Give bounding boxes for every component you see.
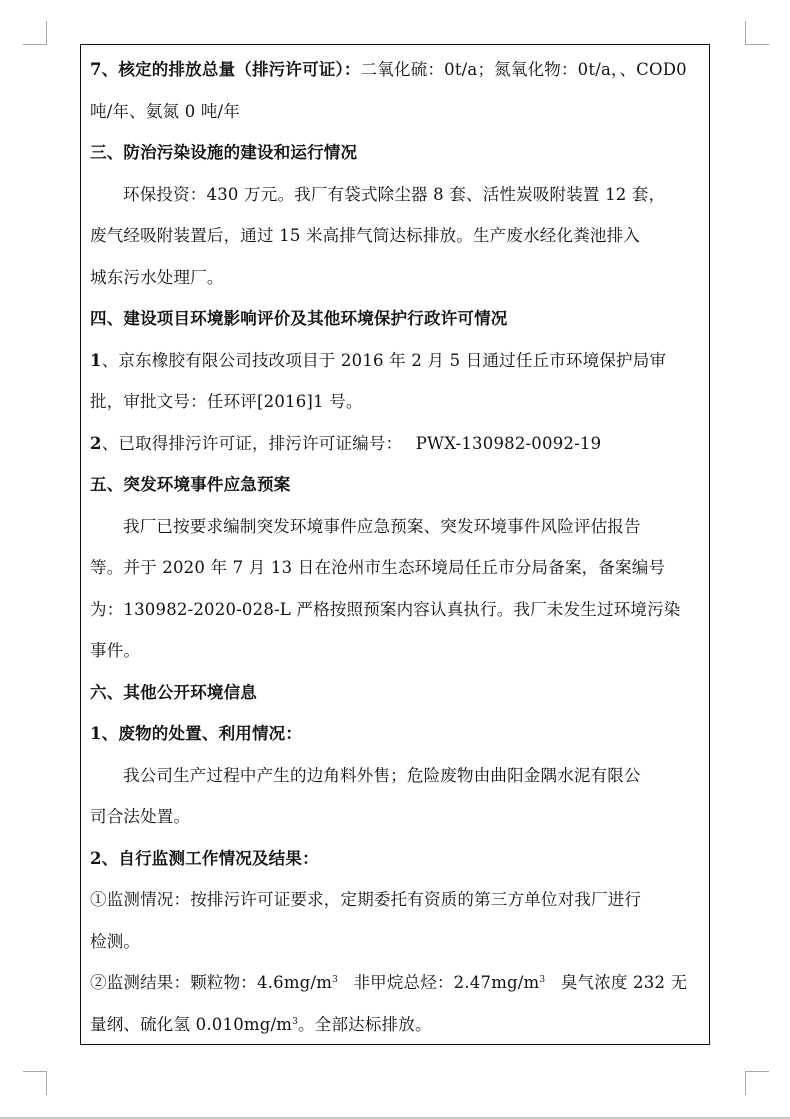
section5-para-line: 事件。: [90, 630, 702, 672]
item-text: 、已取得排污许可证，排污许可证编号：: [102, 434, 403, 453]
crop-mark-bottom-left: [23, 1071, 47, 1095]
crop-mark-top-right: [745, 21, 769, 45]
section6-sub2-heading: 2、自行监测工作情况及结果：: [90, 838, 702, 880]
nmhc-label: 非甲烷总烃：: [353, 973, 453, 992]
superscript: 3: [539, 975, 545, 985]
section3-para-line: 废气经吸附装置后，通过 15 米高排气筒达标排放。生产废水经化粪池排入: [90, 215, 702, 257]
h2s-label: 量纲、硫化氢: [90, 1015, 196, 1034]
results-conclusion: 。全部达标排放。: [298, 1015, 432, 1034]
crop-mark-bottom-right: [745, 1071, 769, 1095]
superscript: 3: [332, 975, 338, 985]
section5-para-line: 等。并于 2020 年 7 月 13 日在沧州市生态环境局任丘市分局备案，备案编…: [90, 547, 702, 589]
section3-para-line: 城东污水处理厂。: [90, 257, 702, 299]
odor-value: 臭气浓度 232 无: [561, 973, 687, 992]
item7-text: 二氧化硫：0t/a；氮氧化物：0t/a，、COD0: [361, 60, 687, 79]
item-number: 2: [90, 434, 102, 453]
section6-sub1-heading: 1、废物的处置、利用情况：: [90, 713, 702, 755]
section6-sub1-para-line: 司合法处置。: [90, 796, 702, 838]
section4-item1-line2: 批，审批文号：任环评[2016]1 号。: [90, 381, 702, 423]
document-content: 7、核定的排放总量（排污许可证）：二氧化硫：0t/a；氮氧化物：0t/a，、CO…: [90, 49, 702, 1045]
particulate-value: 4.6mg/m: [257, 973, 332, 992]
item-number: 1: [90, 351, 102, 370]
section5-para-line: 为：130982-2020-028-L 严格按照预案内容认真执行。我厂未发生过环…: [90, 589, 702, 631]
nmhc-value: 2.47mg/m: [454, 973, 540, 992]
crop-mark-top-left: [23, 21, 47, 45]
monitor-situation-line1: ①监测情况：按排污许可证要求，定期委托有资质的第三方单位对我厂进行: [90, 879, 702, 921]
section6-heading: 六、其他公开环境信息: [90, 672, 702, 714]
monitor-results-line2: 量纲、硫化氢 0.010mg/m3。全部达标排放。: [90, 1004, 702, 1046]
document-table-cell: 7、核定的排放总量（排污许可证）：二氧化硫：0t/a；氮氧化物：0t/a，、CO…: [80, 44, 710, 1045]
item7-label: 7、核定的排放总量（排污许可证）：: [90, 60, 361, 79]
section3-heading: 三、防治污染设施的建设和运行情况: [90, 132, 702, 174]
permit-number: PWX-130982-0092-19: [416, 434, 602, 453]
section5-para-line: 我厂已按要求编制突发环境事件应急预案、突发环境事件风险评估报告: [90, 506, 702, 548]
h2s-value: 0.010mg/m: [196, 1015, 292, 1034]
section4-item2: 2、已取得排污许可证，排污许可证编号： PWX-130982-0092-19: [90, 423, 702, 465]
results-label: ②监测结果：颗粒物：: [90, 973, 257, 992]
section6-sub1-para-line: 我公司生产过程中产生的边角料外售；危险废物由曲阳金隅水泥有限公: [90, 755, 702, 797]
item-text: 、京东橡胶有限公司技改项目于 2016 年 2 月 5 日通过任丘市环境保护局审: [102, 351, 666, 370]
item7-line1: 7、核定的排放总量（排污许可证）：二氧化硫：0t/a；氮氧化物：0t/a，、CO…: [90, 49, 702, 91]
section5-heading: 五、突发环境事件应急预案: [90, 464, 702, 506]
item7-line2: 吨/年、氨氮 0 吨/年: [90, 91, 702, 133]
section4-item1-line1: 1、京东橡胶有限公司技改项目于 2016 年 2 月 5 日通过任丘市环境保护局…: [90, 340, 702, 382]
monitor-situation-line2: 检测。: [90, 921, 702, 963]
section4-heading: 四、建设项目环境影响评价及其他环境保护行政许可情况: [90, 298, 702, 340]
monitor-results-line1: ②监测结果：颗粒物：4.6mg/m3 非甲烷总烃：2.47mg/m3 臭气浓度 …: [90, 962, 702, 1004]
section3-para-line: 环保投资：430 万元。我厂有袋式除尘器 8 套、活性炭吸附装置 12 套，: [90, 174, 702, 216]
